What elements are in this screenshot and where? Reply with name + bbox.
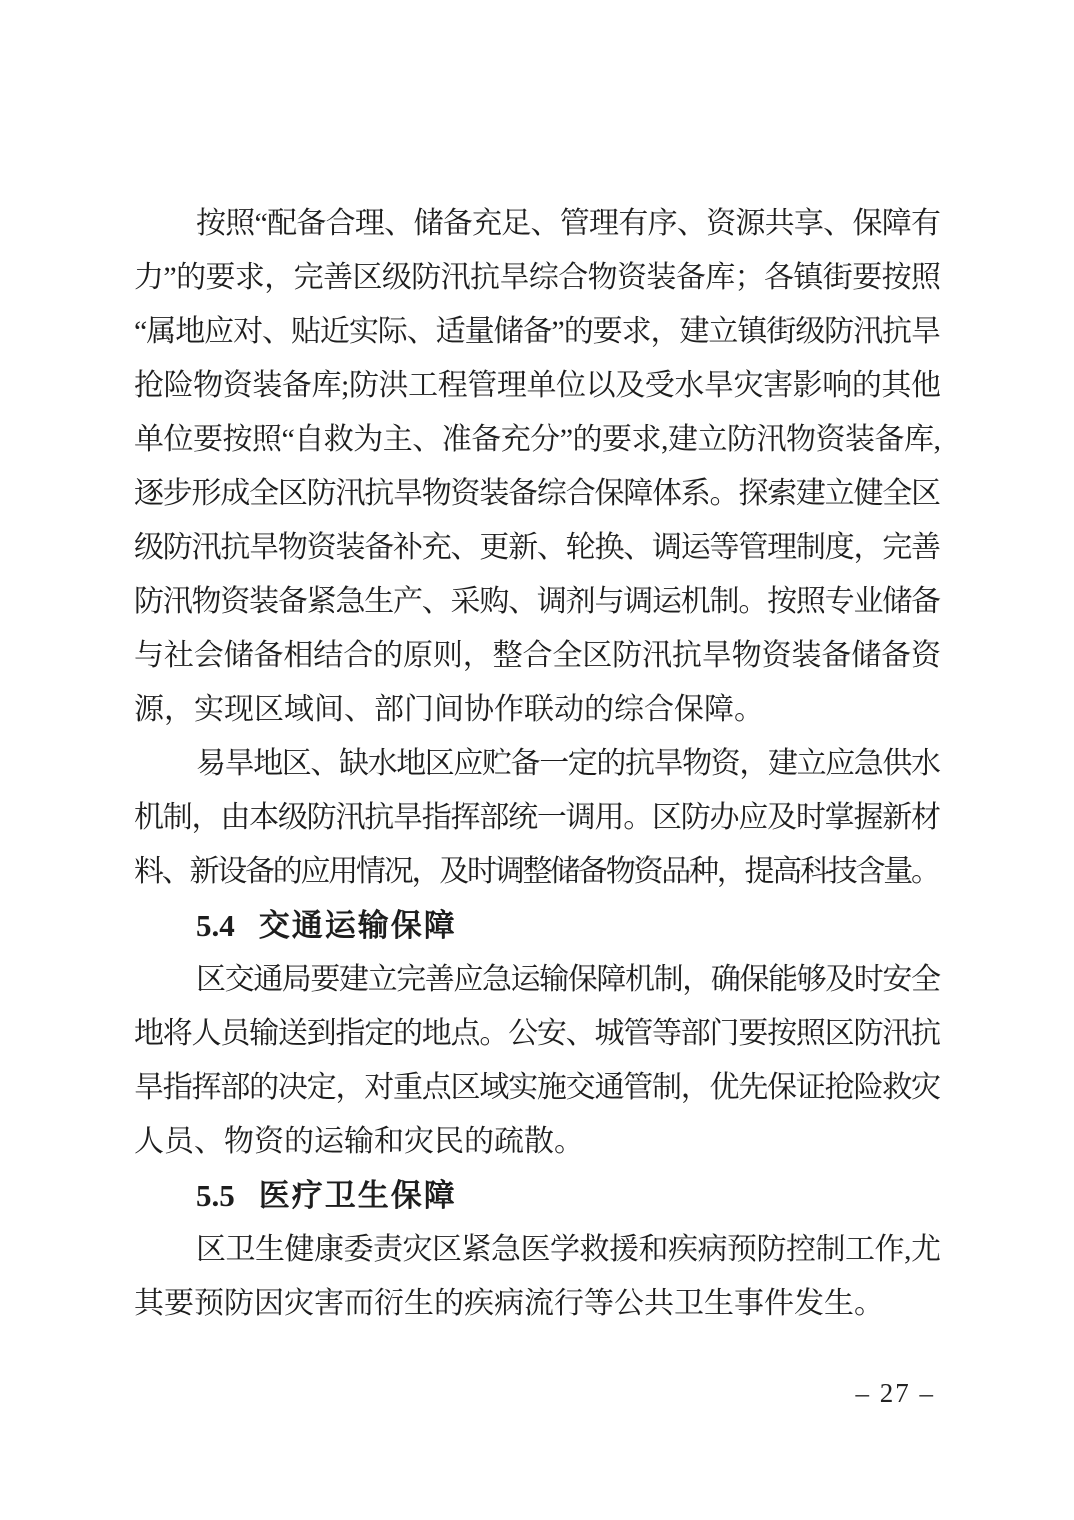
paragraph-line: 区交通局要建立完善应急运输保障机制，确保能够及时安全 [134, 953, 941, 1007]
section-number: 5.4 [196, 908, 235, 943]
paragraph-line: 地将人员输送到指定的地点。公安、城管等部门要按照区防汛抗 [134, 1007, 941, 1061]
paragraph-line: 防汛物资装备紧急生产、采购、调剂与调运机制。按照专业储备 [134, 575, 941, 629]
paragraph-line: 逐步形成全区防汛抗旱物资装备综合保障体系。探索建立健全区 [134, 467, 941, 521]
paragraph-line: 区卫生健康委责灾区紧急医学救援和疾病预防控制工作,尤 [134, 1223, 941, 1277]
section-title: 交通运输保障 [259, 908, 457, 943]
paragraph-line: 人员、物资的运输和灾民的疏散。 [134, 1115, 941, 1169]
paragraph-line: 抢险物资装备库;防洪工程管理单位以及受水旱灾害影响的其他 [134, 359, 941, 413]
paragraph-line: 其要预防因灾害而衍生的疾病流行等公共卫生事件发生。 [134, 1277, 941, 1331]
paragraph-line: 机制，由本级防汛抗旱指挥部统一调用。区防办应及时掌握新材 [134, 791, 941, 845]
paragraph-line: 与社会储备相结合的原则，整合全区防汛抗旱物资装备储备资 [134, 629, 941, 683]
paragraph-line: 按照“配备合理、储备充足、管理有序、资源共享、保障有 [134, 197, 941, 251]
paragraph-line: 级防汛抗旱物资装备补充、更新、轮换、调运等管理制度，完善 [134, 521, 941, 575]
paragraph-line: 力”的要求，完善区级防汛抗旱综合物资装备库；各镇街要按照 [134, 251, 941, 305]
section-number: 5.5 [196, 1178, 235, 1213]
paragraph-line: 单位要按照“自救为主、准备充分”的要求,建立防汛物资装备库, [134, 413, 941, 467]
section-heading-5-5: 5.5医疗卫生保障 [134, 1169, 941, 1223]
section-heading-5-4: 5.4交通运输保障 [134, 899, 941, 953]
paragraph-line: 易旱地区、缺水地区应贮备一定的抗旱物资，建立应急供水 [134, 737, 941, 791]
paragraph-line: 源，实现区域间、部门间协作联动的综合保障。 [134, 683, 941, 737]
paragraph-line: 料、新设备的应用情况，及时调整储备物资品种，提高科技含量。 [134, 845, 941, 899]
section-title: 医疗卫生保障 [259, 1178, 457, 1213]
paragraph-line: 旱指挥部的决定，对重点区域实施交通管制，优先保证抢险救灾 [134, 1061, 941, 1115]
page-number: – 27 – [856, 1373, 936, 1413]
paragraph-line: “属地应对、贴近实际、适量储备”的要求，建立镇街级防汛抗旱 [134, 305, 941, 359]
document-body: 按照“配备合理、储备充足、管理有序、资源共享、保障有 力”的要求，完善区级防汛抗… [134, 197, 941, 1331]
